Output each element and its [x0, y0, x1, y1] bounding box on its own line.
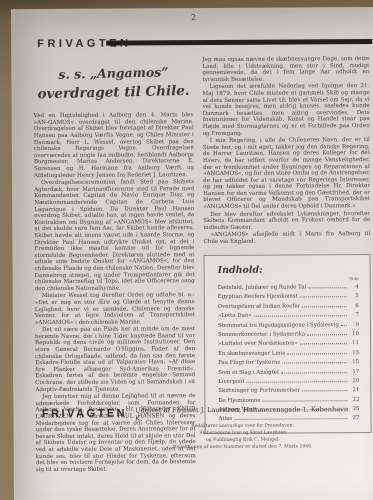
toc-entry-page: 5: [349, 294, 359, 300]
toc-entry-label: Skiftninger og Forfremmelser: [218, 388, 300, 394]
toc-entry: Som et Slag i Ansigtet 17: [218, 369, 359, 376]
toc-entry: »Lotta Dan« 7: [218, 312, 359, 319]
toc-dot-leader: [288, 353, 348, 354]
toc-title: Indhold:: [218, 264, 359, 276]
paragraph: Det vil være paa sin Plads her at minde …: [35, 326, 195, 393]
colophon-brand: FRIVAGTEN: [42, 408, 127, 421]
toc-entry: Egyptian Reefers Hjemkomst 5: [218, 294, 359, 301]
toc-entry-page: 22: [349, 397, 359, 403]
article-title: s. s. „Angamos” overdraget til Chile.: [33, 63, 193, 104]
paragraph: »ANGAMOS« afsejlede midt i Marts fra Aal…: [203, 231, 370, 245]
toc-dot-leader: [281, 372, 347, 373]
toc-entry-label: En skæbnesvanger Linie: [218, 350, 285, 356]
paragraph: I min Regering, i alle de Chileneres Nav…: [203, 137, 370, 211]
paragraph: Overdragelsesceremonien fandt Sted paa S…: [34, 179, 195, 292]
toc-entry-page: 11: [349, 340, 359, 346]
article-title-line2: overdraget til Chile.: [33, 81, 193, 106]
toc-dot-leader: [307, 334, 347, 335]
toc-entry-label: Som et Slag i Ansigtet: [218, 369, 279, 375]
toc-dot-leader: [246, 381, 347, 383]
toc-entry: De Hjemkomne 22: [218, 397, 359, 404]
toc-dot-leader: [300, 297, 347, 298]
toc-entry-label: Dødsfald, Jubilæer og Runde Tal: [218, 284, 307, 291]
toc-entry-label: Paa Flugt for Tyskerne: [218, 360, 280, 366]
toc-entry-page: 6: [349, 303, 359, 309]
toc-entry-label: Sommerkoncerter i Sydamerika: [218, 331, 305, 338]
toc-entry-page: 10: [349, 331, 359, 337]
colophon: FRIVAGTEN Udgivet af Firmaet J. Lauritze…: [13, 405, 373, 453]
toc-entry-page: 4: [349, 284, 359, 290]
toc-entry-page: 20: [349, 378, 359, 384]
toc-dot-leader: [263, 400, 348, 402]
editor-note-4: Redaktionen af dette Nummer er sluttet d…: [135, 444, 350, 452]
toc-entry: En skæbnesvanger Linie 13: [218, 350, 359, 357]
toc-entry: Stemmetal fra Rigsdagsvalgene i Sydslesv…: [218, 322, 359, 329]
paragraph: Ved en Højtidelighed i Aalborg den 4. Ma…: [34, 112, 194, 179]
toc-entry-label: Egyptian Reefers Hjemkomst: [218, 294, 298, 300]
toc-entry: Paa Flugt for Tyskerne 15: [218, 359, 359, 366]
paragraph: Jeg maa ogsaa nævne de skæbnesvangre Dag…: [202, 56, 369, 83]
toc-entry-page: 21: [349, 387, 359, 393]
toc-entry: Overtagelsen af Indian Reefer 6: [218, 303, 359, 310]
toc-entry-page: 17: [349, 369, 359, 375]
toc-dot-leader: [302, 390, 347, 391]
toc-entry-page: 9: [349, 322, 359, 328]
toc-dot-leader: [341, 325, 347, 326]
toc-entry: Skiftninger og Forfremmelser 21: [218, 387, 359, 394]
toc-entry-label: Liverpool: [218, 379, 244, 385]
toc-entry-label: »Luftslot over Nordatlanten«: [218, 341, 298, 347]
toc-dot-leader: [300, 344, 347, 345]
toc-entry-label: Stemmetal fra Rigsdagsvalgene i Sydslesv…: [218, 322, 339, 329]
masthead-rule: [106, 39, 372, 46]
toc-entry-label: Overtagelsen af Indian Reefer: [218, 303, 300, 310]
toc-entry-page: 15: [349, 359, 359, 365]
toc-entry: Liverpool 20: [218, 378, 359, 385]
paragraph: Ligesom det ærefulde Nederlag ved Iquiqu…: [202, 83, 369, 137]
publisher-line: Udgivet af Firmaet J. Lauritzen, Hammere…: [135, 405, 350, 422]
paragraph: Minister Wessel tog derefter Ordet og ud…: [35, 292, 195, 326]
toc-dot-leader: [283, 362, 348, 363]
toc-entry: Sommerkoncerter i Sydamerika 10: [218, 331, 359, 338]
toc-entry-label: »Lotta Dan«: [218, 313, 252, 319]
paragraph: Der blev derefter udvekslet Lykønskninge…: [203, 211, 370, 232]
toc-dot-leader: [254, 315, 347, 317]
toc-dot-leader: [302, 306, 347, 307]
scanned-page: 2 FRIVAGTEN s. s. „Angamos” overdraget t…: [11, 7, 373, 500]
toc-side-label: Side: [218, 276, 359, 282]
toc-entry: Dødsfald, Jubilæer og Runde Tal 4: [218, 284, 359, 291]
colophon-lines: Udgivet af Firmaet J. Lauritzen, Hammere…: [135, 405, 350, 452]
photo-of-page: { "page": { "number": "2", "masthead": "…: [0, 0, 373, 500]
toc-dot-leader: [308, 287, 346, 288]
toc-entry-label: De Hjemkomne: [218, 397, 260, 403]
toc-entry-page: 13: [349, 350, 359, 356]
page-number: 2: [11, 12, 373, 23]
toc-entry: »Luftslot over Nordatlanten« 11: [218, 340, 359, 347]
toc-entry-page: 7: [349, 312, 359, 318]
